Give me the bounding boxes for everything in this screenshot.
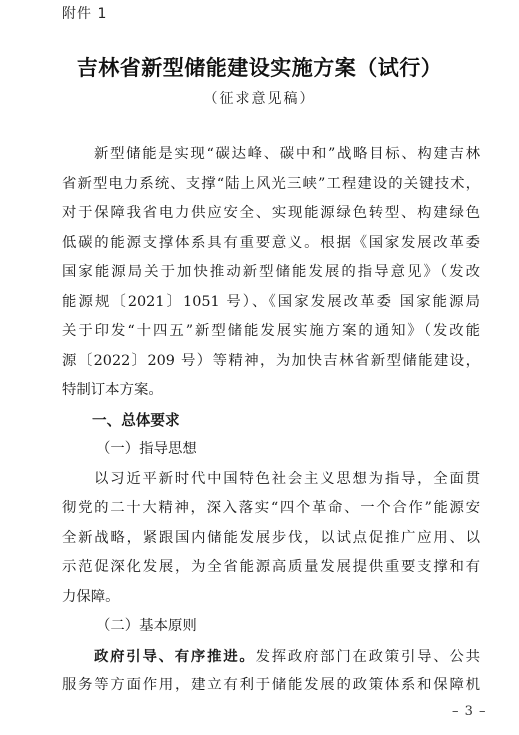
guiding-ideology-paragraph: 以习近平新时代中国特色社会主义思想为指导，全面贯 彻党的二十大精神，深入落实“四… xyxy=(62,465,480,613)
paragraph-line: 政府引导、有序推进。发挥政府部门在政策引导、公共 xyxy=(62,642,480,672)
paragraph-line: 示范促深化发展，为全省能源高质量发展提供重要支撑和有 xyxy=(62,553,480,583)
document-body: 新型储能是实现“碳达峰、碳中和”战略目标、构建吉林 省新型电力系统、支撑“陆上风… xyxy=(62,140,480,701)
principle-paragraph: 政府引导、有序推进。发挥政府部门在政策引导、公共 服务等方面作用，建立有利于储能… xyxy=(62,642,480,701)
paragraph-line: 全新战略，紧跟国内储能发展步伐，以试点促推广应用、以 xyxy=(62,524,480,554)
paragraph-line: 彻党的二十大精神，深入落实“四个革命、一个合作”能源安 xyxy=(62,494,480,524)
attachment-label: 附件 1 xyxy=(62,3,107,23)
document-subtitle: （征求意见稿） xyxy=(0,88,519,108)
principle-text: 发挥政府部门在政策引导、公共 xyxy=(256,649,480,665)
subsection-heading-basic-principles: （二）基本原则 xyxy=(62,612,480,642)
paragraph-line: 能源规〔2021〕1051 号）、《国家发展改革委 国家能源局 xyxy=(62,288,480,318)
paragraph-line: 新型储能是实现“碳达峰、碳中和”战略目标、构建吉林 xyxy=(62,140,480,170)
page-number: – 3 – xyxy=(452,704,487,719)
section-heading-general-requirements: 一、总体要求 xyxy=(62,406,480,436)
intro-paragraph: 新型储能是实现“碳达峰、碳中和”战略目标、构建吉林 省新型电力系统、支撑“陆上风… xyxy=(62,140,480,406)
paragraph-line: 特制订本方案。 xyxy=(62,376,480,406)
subsection-heading-guiding-ideology: （一）指导思想 xyxy=(62,435,480,465)
paragraph-line: 省新型电力系统、支撑“陆上风光三峡”工程建设的关键技术， xyxy=(62,170,480,200)
paragraph-line: 服务等方面作用，建立有利于储能发展的政策体系和保障机 xyxy=(62,671,480,701)
paragraph-line: 对于保障我省电力供应安全、实现能源绿色转型、构建绿色 xyxy=(62,199,480,229)
paragraph-line: 以习近平新时代中国特色社会主义思想为指导，全面贯 xyxy=(62,465,480,495)
paragraph-line: 关于印发“十四五”新型储能发展实施方案的通知》（发改能 xyxy=(62,317,480,347)
paragraph-line: 源〔2022〕209 号）等精神，为加快吉林省新型储能建设， xyxy=(62,347,480,377)
principle-lead: 政府引导、有序推进。 xyxy=(94,648,256,665)
paragraph-line: 低碳的能源支撑体系具有重要意义。根据《国家发展改革委 xyxy=(62,229,480,259)
paragraph-line: 国家能源局关于加快推动新型储能发展的指导意见》（发改 xyxy=(62,258,480,288)
document-title: 吉林省新型储能建设实施方案（试行） xyxy=(0,52,519,82)
paragraph-line: 力保障。 xyxy=(62,583,480,613)
